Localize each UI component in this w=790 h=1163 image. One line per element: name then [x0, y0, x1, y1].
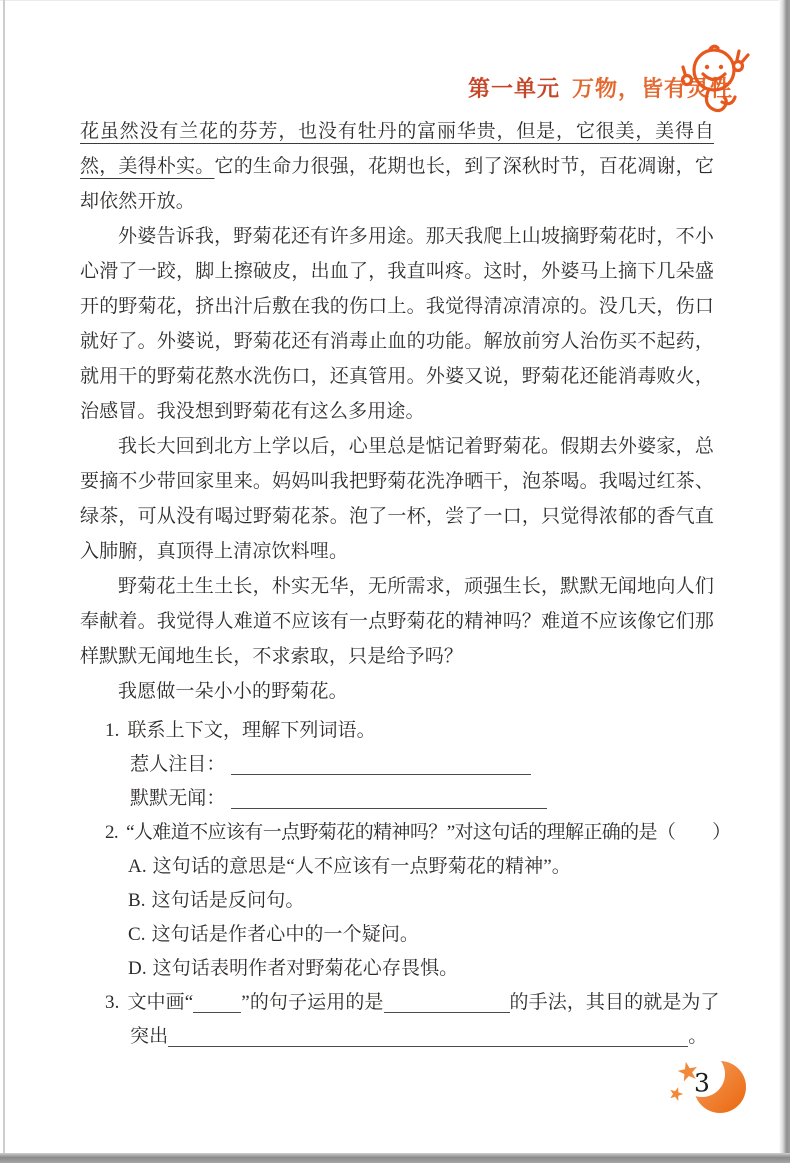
question-number: 3. — [105, 992, 119, 1013]
passage-paragraph: 我长大回到北方上学以后，心里总是惦记着野菊花。假期去外婆家，总要摘不少带回家里来… — [80, 429, 714, 569]
answer-blank — [231, 774, 531, 775]
question-2: 2.“人难道不应该有一点野菊花的精神吗？”对这句话的理解正确的是（ ） — [80, 816, 740, 850]
question-text: 。 — [688, 1026, 707, 1047]
question-text: 文中画“ — [127, 992, 193, 1013]
scan-edge-right — [779, 0, 790, 1163]
passage-paragraph: 野菊花土生土长，朴实无华，无所需求，顽强生长，默默无闻地向人们奉献着。我觉得人难… — [80, 569, 714, 674]
question-1: 1.联系上下文，理解下列词语。 — [80, 714, 740, 748]
answer-blank — [231, 808, 547, 809]
question-2-option-a: A.这句话的意思是“人不应该有一点野菊花的精神”。 — [80, 850, 740, 884]
term-label: 默默无闻： — [130, 788, 226, 809]
option-label: A. — [128, 856, 147, 877]
star-icon — [668, 1085, 685, 1102]
scan-edge-top — [0, 0, 790, 1]
passage-paragraph: 花虽然没有兰花的芬芳，也没有牡丹的富丽华贵，但是，它很美，美得自然，美得朴实。它… — [80, 114, 714, 219]
passage-paragraph: 我愿做一朵小小的野菊花。 — [80, 674, 714, 709]
option-text: 这句话表明作者对野菊花心存畏惧。 — [153, 958, 459, 979]
questions-section: 1.联系上下文，理解下列词语。 惹人注目： 默默无闻： 2.“人难道不应该有一点… — [80, 714, 740, 1054]
question-number: 1. — [105, 720, 119, 741]
page-number-moon-decoration: 3 — [640, 1046, 750, 1120]
question-1-item-1: 惹人注目： — [80, 748, 740, 782]
question-text: 联系上下文，理解下列词语。 — [127, 720, 375, 741]
term-label: 惹人注目： — [130, 754, 226, 775]
scan-edge-left — [3, 0, 5, 1153]
passage-paragraph: 外婆告诉我，野菊花还有许多用途。那天我爬上山坡摘野菊花时，不小心滑了一跤，脚上擦… — [80, 219, 714, 429]
unit-label: 第一单元 — [468, 76, 560, 101]
option-label: D. — [128, 958, 147, 979]
question-number: 2. — [105, 822, 118, 843]
scan-edge-bottom — [0, 1153, 790, 1163]
question-2-option-b: B.这句话是反问句。 — [80, 884, 740, 918]
reading-passage: 花虽然没有兰花的芬芳，也没有牡丹的富丽华贵，但是，它很美，美得自然，美得朴实。它… — [80, 114, 714, 709]
mascot-smiley-icon — [676, 40, 752, 120]
question-text: 的手法，其目的就是为了 — [510, 992, 720, 1013]
question-3: 3.文中画“”的句子运用的是的手法，其目的就是为了 — [80, 986, 740, 1020]
question-text: “人难道不应该有一点野菊花的精神吗？”对这句话的理解正确的是（ ） — [126, 822, 730, 843]
option-text: 这句话的意思是“人不应该有一点野菊花的精神”。 — [153, 856, 571, 877]
question-1-item-2: 默默无闻： — [80, 782, 740, 816]
question-2-option-c: C.这句话是作者心中的一个疑问。 — [80, 918, 740, 952]
answer-blank — [168, 1046, 688, 1047]
answer-blank — [384, 1012, 510, 1013]
option-text: 这句话是反问句。 — [152, 890, 305, 911]
question-text: ”的句子运用的是 — [241, 992, 383, 1013]
page-number: 3 — [694, 1069, 710, 1098]
question-text: 突出 — [130, 1026, 168, 1047]
option-text: 这句话是作者心中的一个疑问。 — [152, 924, 419, 945]
option-label: C. — [128, 924, 146, 945]
answer-blank — [193, 1012, 241, 1013]
question-2-option-d: D.这句话表明作者对野菊花心存畏惧。 — [80, 952, 740, 986]
option-label: B. — [128, 890, 146, 911]
